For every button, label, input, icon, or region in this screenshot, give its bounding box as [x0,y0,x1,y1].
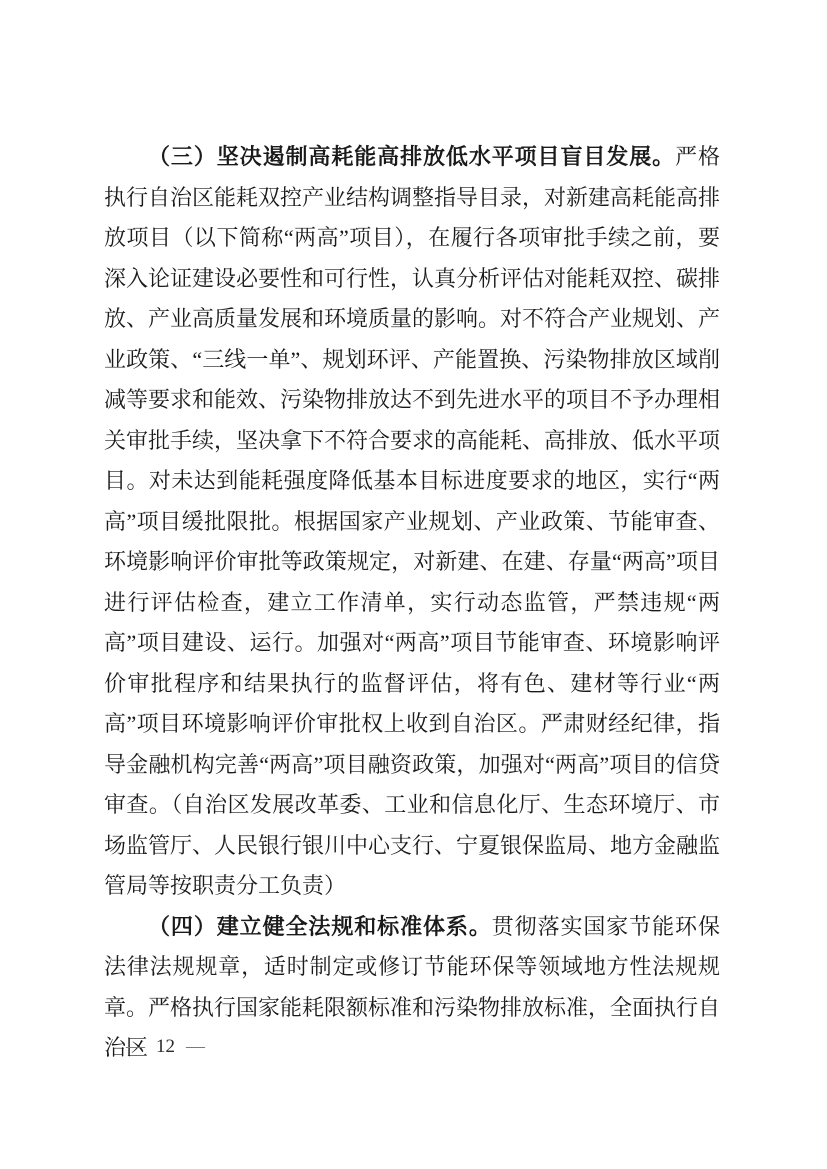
document-page: （三）坚决遏制高耗能高排放低水平项目盲目发展。严格执行自治区能耗双控产业结构调整… [0,0,827,1169]
paragraph-section-3-text: 严格执行自治区能耗双控产业结构调整指导目录，对新建高耗能高排放项目（以下简称“两… [104,144,720,898]
paragraph-section-3: （三）坚决遏制高耗能高排放低水平项目盲目发展。严格执行自治区能耗双控产业结构调整… [104,137,720,907]
paragraph-section-3-heading: （三）坚决遏制高耗能高排放低水平项目盲目发展。 [148,144,675,169]
footer-dash-left: — [126,1036,145,1058]
page-footer: — 12 — [126,1036,205,1058]
paragraph-section-4-heading: （四）建立健全法规和标准体系。 [148,914,492,939]
footer-dash-right: — [186,1036,205,1058]
page-number: 12 [156,1036,175,1058]
document-body: （三）坚决遏制高耗能高排放低水平项目盲目发展。严格执行自治区能耗双控产业结构调整… [104,137,720,1069]
